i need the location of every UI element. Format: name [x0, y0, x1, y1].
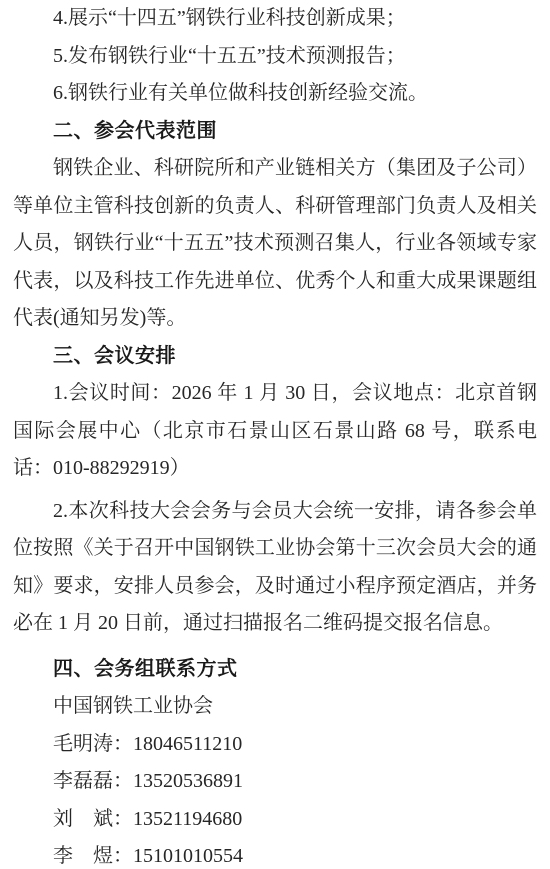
- agenda-item-6: 6.钢铁行业有关单位做科技创新经验交流。: [13, 75, 537, 113]
- section-heading-4-contacts: 四、会务组联系方式: [13, 651, 537, 689]
- contact-line-mao-mingtao: 毛明涛：18046511210: [13, 726, 537, 764]
- contact-line-liu-bin: 刘 斌：13521194680: [13, 801, 537, 839]
- registration-instructions-paragraph: 2.本次科技大会会务与会员大会统一安排，请各参会单位按照《关于召开中国钢铁工业协…: [13, 493, 537, 643]
- contact-line-li-yu: 李 煜：15101010554: [13, 838, 537, 869]
- organization-name: 中国钢铁工业协会: [13, 688, 537, 726]
- meeting-time-location-paragraph: 1.会议时间：2026 年 1 月 30 日，会议地点：北京首钢国际会展中心（北…: [13, 375, 537, 488]
- section-heading-2-attendees: 二、参会代表范围: [13, 113, 537, 151]
- agenda-item-5: 5.发布钢铁行业“十五五”技术预测报告；: [13, 38, 537, 76]
- document-page: 4.展示“十四五”钢铁行业科技创新成果； 5.发布钢铁行业“十五五”技术预测报告…: [0, 0, 550, 869]
- attendees-scope-paragraph: 钢铁企业、科研院所和产业链相关方（集团及子公司）等单位主管科技创新的负责人、科研…: [13, 150, 537, 338]
- contact-line-li-leilei: 李磊磊：13520536891: [13, 763, 537, 801]
- agenda-item-4: 4.展示“十四五”钢铁行业科技创新成果；: [13, 0, 537, 38]
- section-heading-3-arrangements: 三、会议安排: [13, 338, 537, 376]
